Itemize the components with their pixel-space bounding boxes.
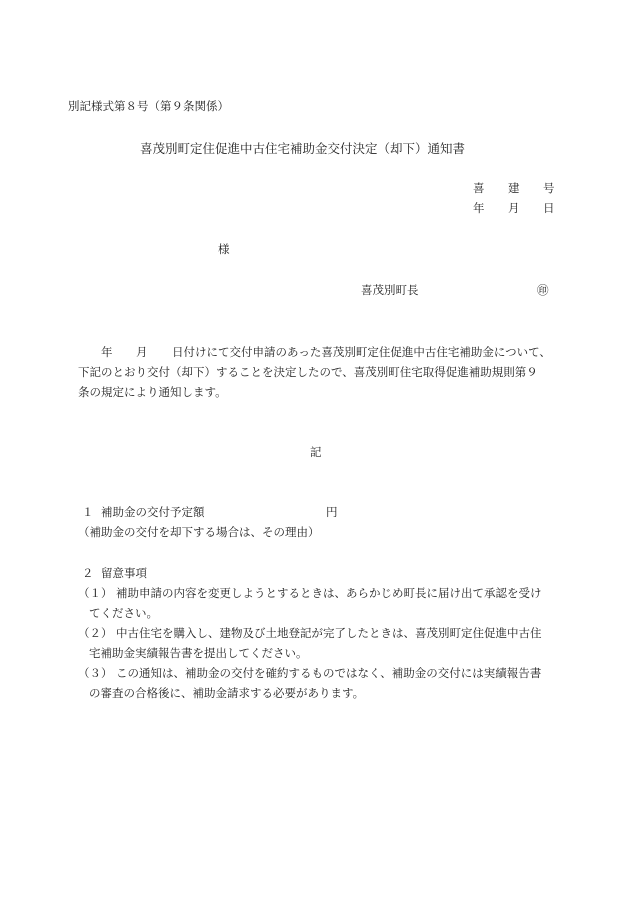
date-month: 月: [508, 203, 520, 215]
note-item-3-line-2: の審査の合格後に、補助金請求する必要があります。: [89, 688, 364, 700]
note-item-1-line-1: 補助申請の内容を変更しようとするときは、あらかじめ町長に届け出て承認を受け: [116, 588, 542, 600]
addressee-suffix: 様: [218, 244, 230, 256]
reference-number-suffix: 号: [543, 183, 555, 195]
body-line-2: 下記のとおり交付（却下）することを決定したので、喜茂別町住宅取得促進補助規則第９: [78, 367, 538, 379]
section-1-label: 補助金の交付予定額: [101, 507, 205, 519]
note-item-1-marker: （１）: [78, 588, 113, 600]
note-item-3-marker: （３）: [78, 668, 113, 680]
form-number: 別記様式第８号（第９条関係）: [68, 101, 229, 113]
body-line-1: 日付けにて交付申請のあった喜茂別町定住促進中古住宅補助金について、: [172, 347, 551, 359]
section-2-label: 留意事項: [101, 568, 147, 580]
note-item-1-line-2: てください。: [89, 608, 158, 620]
reference-prefix: 喜: [473, 183, 485, 195]
body-date-year: 年: [101, 347, 113, 359]
document-title: 喜茂別町定住促進中古住宅補助金交付決定（却下）通知書: [140, 143, 465, 156]
date-day: 日: [543, 203, 555, 215]
section-1-unit: 円: [326, 507, 338, 519]
section-1-number: １: [82, 507, 94, 519]
note-item-2-line-2: 宅補助金実績報告書を提出してください。: [89, 648, 308, 660]
note-item-2-line-1: 中古住宅を購入し、建物及び土地登記が完了したときは、喜茂別町定住促進中古住: [116, 628, 542, 640]
seal-mark: ㊞: [537, 285, 549, 297]
date-year: 年: [473, 203, 485, 215]
issuer-name: 喜茂別町長: [361, 285, 419, 297]
body-date-month: 月: [136, 347, 148, 359]
reference-category: 建: [508, 183, 520, 195]
section-1-note: （補助金の交付を却下する場合は、その理由）: [78, 527, 320, 539]
note-item-3-line-1: この通知は、補助金の交付を確約するものではなく、補助金の交付には実績報告書: [116, 668, 541, 680]
body-line-3: 条の規定により通知します。: [78, 387, 227, 399]
ki-heading: 記: [310, 447, 322, 459]
section-2-number: ２: [82, 568, 94, 580]
note-item-2-marker: （２）: [78, 628, 113, 640]
